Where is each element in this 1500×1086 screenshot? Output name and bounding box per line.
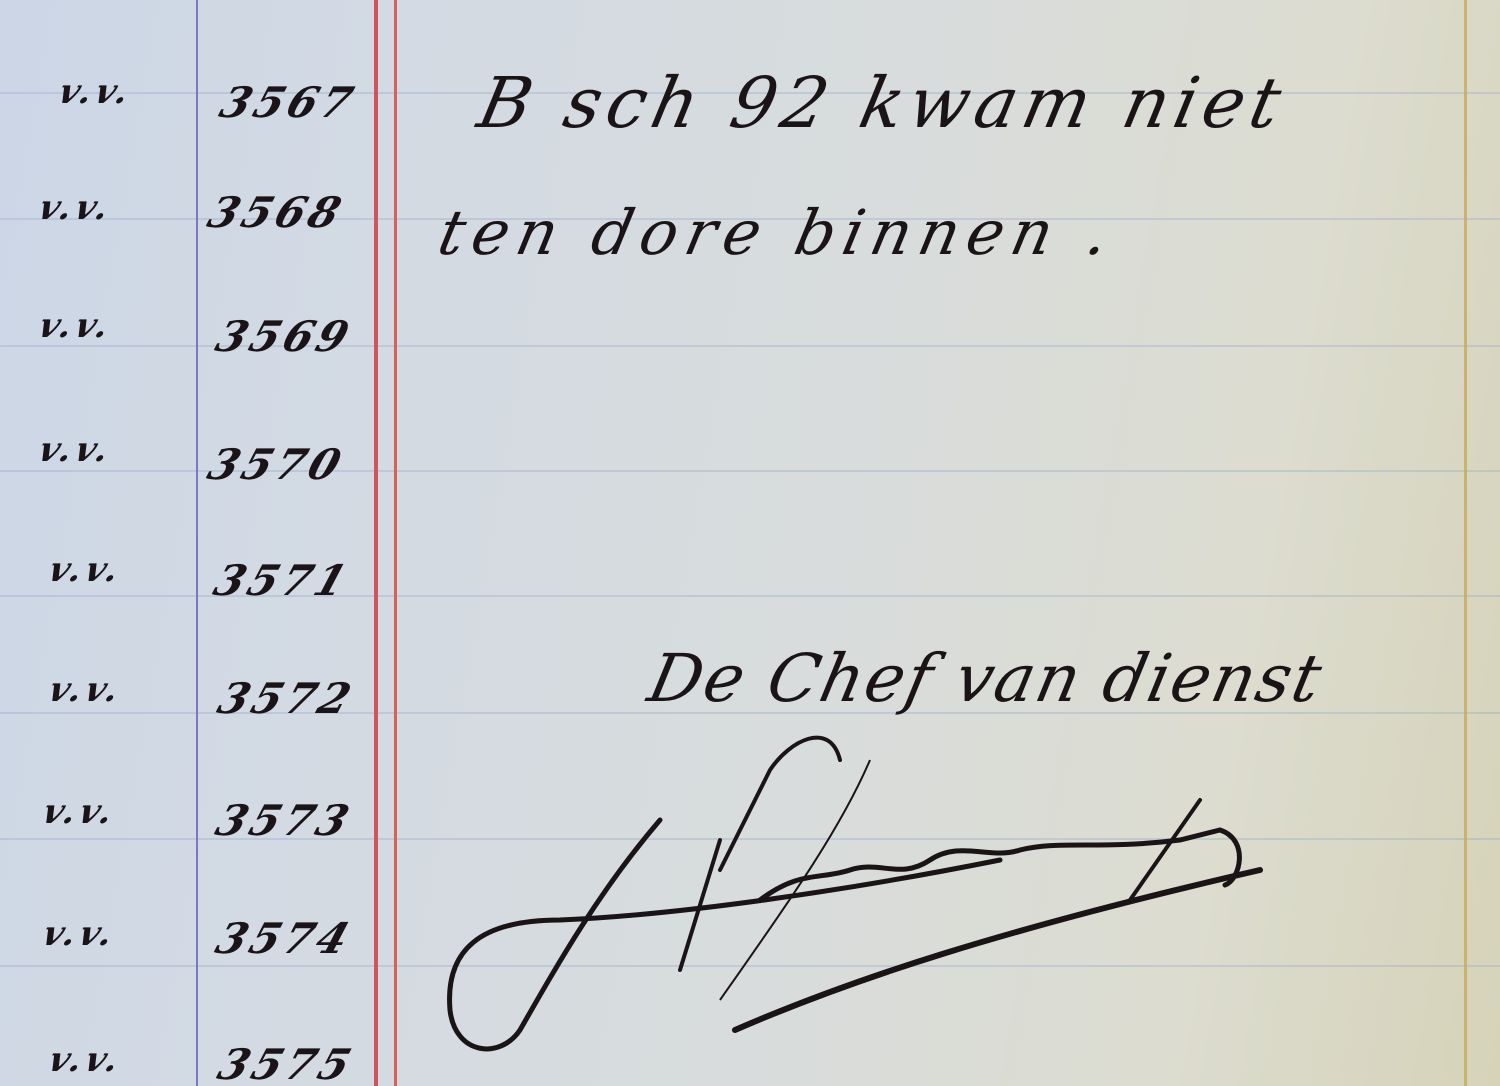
ditto-mark: v.v.	[34, 306, 119, 346]
ditto-mark: v.v.	[44, 550, 129, 590]
entry-number: 3567	[214, 78, 363, 127]
entry-text-line-2: ten dore binnen .	[432, 196, 1123, 269]
margin-rule-red	[374, 0, 378, 1086]
page-edge-line	[1464, 0, 1467, 1086]
entry-text-line-1: B sch 92 kwam niet	[471, 62, 1294, 144]
ditto-mark: v.v.	[38, 914, 123, 954]
margin-rule-red	[394, 0, 397, 1086]
entry-number: 3571	[208, 556, 357, 605]
ditto-mark: v.v.	[54, 72, 139, 112]
entry-number: 3573	[210, 796, 359, 845]
entry-number: 3570	[202, 440, 351, 489]
entry-number: 3574	[210, 914, 359, 963]
signature-title: De Chef van dienst	[642, 640, 1330, 717]
column-rule-blue	[196, 0, 198, 1086]
entry-number: 3572	[212, 674, 361, 723]
ditto-mark: v.v.	[38, 792, 123, 832]
entry-number: 3575	[212, 1040, 361, 1086]
entry-number: 3568	[202, 188, 351, 237]
ruled-line	[0, 965, 1500, 967]
ditto-mark: v.v.	[34, 188, 119, 228]
ditto-mark: v.v.	[44, 670, 129, 710]
entry-number: 3569	[210, 312, 359, 361]
ditto-mark: v.v.	[34, 430, 119, 470]
ledger-page: v.v. 3567 v.v. 3568 v.v. 3569 v.v. 3570 …	[0, 0, 1500, 1086]
ditto-mark: v.v.	[44, 1040, 129, 1080]
